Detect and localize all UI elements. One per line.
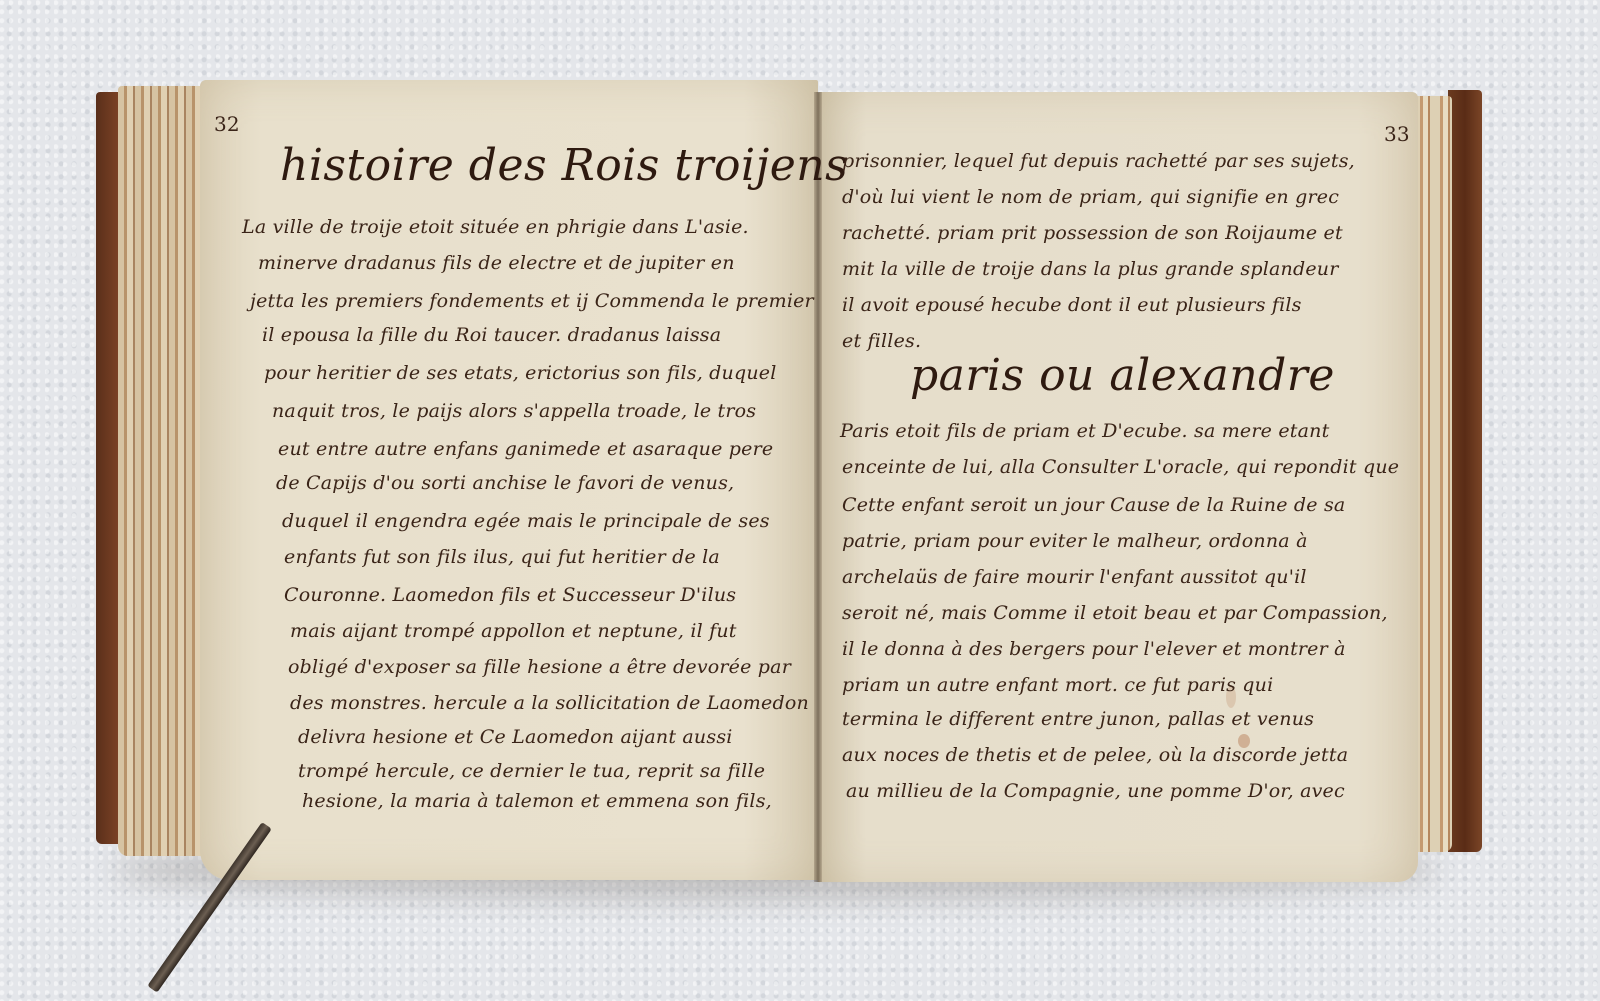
manuscript-line: d'où lui vient le nom de priam, qui sign… [842, 186, 1339, 208]
manuscript-line: seroit né, mais Comme il etoit beau et p… [842, 602, 1388, 624]
manuscript-line: Paris etoit fils de priam et D'ecube. sa… [840, 420, 1329, 442]
book-gutter [814, 92, 822, 882]
manuscript-line: enceinte de lui, alla Consulter L'oracle… [842, 456, 1399, 478]
manuscript-line: rachetté. priam prit possession de son R… [842, 222, 1343, 244]
left-page-heading: histoire des Rois troijens [280, 140, 848, 191]
manuscript-line: delivra hesione et Ce Laomedon aijant au… [298, 726, 733, 748]
manuscript-line: enfants fut son fils ilus, qui fut herit… [284, 546, 720, 568]
manuscript-line: obligé d'exposer sa fille hesione a être… [288, 656, 791, 678]
manuscript-line: au millieu de la Compagnie, une pomme D'… [846, 780, 1345, 802]
manuscript-line: jetta les premiers fondements et ij Comm… [250, 290, 814, 312]
manuscript-line: archelaüs de faire mourir l'enfant aussi… [842, 566, 1307, 588]
manuscript-line: trompé hercule, ce dernier le tua, repri… [298, 760, 765, 782]
manuscript-line: Couronne. Laomedon fils et Successeur D'… [284, 584, 736, 606]
manuscript-line: La ville de troije etoit située en phrig… [242, 216, 749, 238]
manuscript-line: il le donna à des bergers pour l'elever … [842, 638, 1346, 660]
manuscript-line: et filles. [842, 330, 921, 352]
manuscript-line: il avoit epousé hecube dont il eut plusi… [842, 294, 1302, 316]
manuscript-line: minerve dradanus fils de electre et de j… [258, 252, 735, 274]
manuscript-line: pour heritier de ses etats, erictorius s… [264, 362, 777, 384]
manuscript-line: patrie, priam pour eviter le malheur, or… [842, 530, 1308, 552]
manuscript-line: duquel il engendra egée mais le principa… [282, 510, 770, 532]
manuscript-line: des monstres. hercule a la sollicitation… [290, 692, 809, 714]
manuscript-line: termina le different entre junon, pallas… [842, 708, 1314, 730]
manuscript-line: eut entre autre enfans ganimede et asara… [278, 438, 773, 460]
right-cover [1448, 90, 1482, 852]
manuscript-line: aux noces de thetis et de pelee, où la d… [842, 744, 1348, 766]
right-page-heading: paris ou alexandre [910, 350, 1335, 401]
manuscript-line: hesione, la maria à talemon et emmena so… [302, 790, 772, 812]
manuscript-line: il epousa la fille du Roi taucer. dradan… [262, 324, 721, 346]
manuscript-line: Cette enfant seroit un jour Cause de la … [842, 494, 1345, 516]
manuscript-line: de Capijs d'ou sorti anchise le favori d… [276, 472, 734, 494]
page-number-left: 32 [214, 112, 240, 136]
page-number-right: 33 [1384, 122, 1410, 146]
manuscript-line: mais aijant trompé appollon et neptune, … [290, 620, 737, 642]
manuscript-line: priam un autre enfant mort. ce fut paris… [842, 674, 1273, 696]
manuscript-line: prisonnier, lequel fut depuis rachetté p… [842, 150, 1355, 172]
manuscript-line: mit la ville de troije dans la plus gran… [842, 258, 1338, 280]
manuscript-line: naquit tros, le paijs alors s'appella tr… [272, 400, 756, 422]
